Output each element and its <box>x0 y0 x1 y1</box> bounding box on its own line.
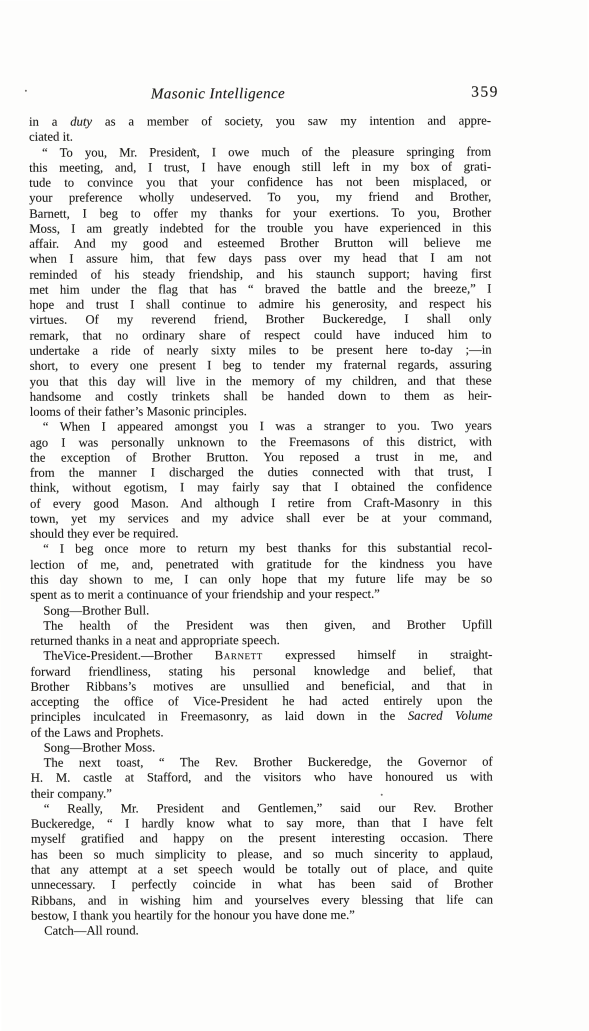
text-run: returned thanks in a neat and appropriat… <box>30 633 279 648</box>
text-run: “ To you, Mr. President, I owe much of t… <box>42 144 491 159</box>
text-run: Brother Ribbans’s motives are unsullied … <box>30 678 492 693</box>
text-line: Ribbans, and in wishing him and yourselv… <box>31 892 493 908</box>
text-line: bestow, I thank you heartily for the hon… <box>31 907 493 923</box>
text-line: reminded of his steady friendship, and h… <box>29 266 491 282</box>
text-run: The health of the President was then giv… <box>43 617 492 632</box>
text-line: you that this day will live in the memor… <box>30 373 492 389</box>
text-run: as a member of society, you saw my inten… <box>92 113 491 128</box>
text-run: remark, that no ordinary share of respec… <box>30 327 492 342</box>
scanned-book-page: Masonic Intelligence 359 in a duty as a … <box>0 0 589 1031</box>
text-run: accepting the office of Vice-President h… <box>30 694 492 709</box>
text-run: handsome and costly trinkets shall be ha… <box>30 388 492 403</box>
text-line: think, without egotism, I may fairly say… <box>30 480 492 496</box>
text-run: bestow, I thank you heartily for the hon… <box>31 908 355 923</box>
text-line: should they ever be required. <box>30 526 492 542</box>
text-run: think, without egotism, I may fairly say… <box>30 480 492 495</box>
text-line: town, yet my services and my advice shal… <box>30 510 492 526</box>
text-run: undertake a ride of nearly sixty miles t… <box>30 342 492 357</box>
text-line: the exception of Brother Brutton. You re… <box>30 449 492 465</box>
text-line: undertake a ride of nearly sixty miles t… <box>30 342 492 358</box>
text-run: affair. And my good and esteemed Brother… <box>29 236 491 251</box>
text-line: lection of me, and, penetrated with grat… <box>30 556 492 572</box>
text-line: accepting the office of Vice-President h… <box>30 694 492 710</box>
text-line: The health of the President was then giv… <box>30 617 492 633</box>
text-run: virtues. Of my reverend friend, Brother … <box>29 312 491 327</box>
text-run: their company.” <box>31 786 112 800</box>
text-run: Ribbans, and in wishing him and yourselv… <box>31 892 493 907</box>
text-run: this meeting, and, I trust, I have enoug… <box>29 159 491 174</box>
text-run: Song—Brother Bull. <box>43 603 149 617</box>
page-body-text: in a duty as a member of society, you sa… <box>29 113 493 939</box>
text-line: spent as to merit a continuance of your … <box>30 587 492 603</box>
text-line: myself gratified and happy on the presen… <box>31 831 493 847</box>
text-line: Moss, I am greatly indebted for the trou… <box>29 220 491 236</box>
text-line: virtues. Of my reverend friend, Brother … <box>29 312 491 328</box>
scan-artifact-layer <box>0 0 588 1</box>
text-run: H. M. castle at Stafford, and the visito… <box>31 770 493 785</box>
text-line: that any attempt at a set speech would b… <box>31 861 493 877</box>
text-line: unnecessary. I perfectly coincide in wha… <box>31 877 493 893</box>
text-run: ciated it. <box>29 130 73 144</box>
text-line: TheVice-President.—Brother Barnett expre… <box>30 648 492 664</box>
text-line: H. M. castle at Stafford, and the visito… <box>31 770 493 786</box>
text-run: has been so much simplicity to please, a… <box>31 846 493 861</box>
text-run: The next toast, “ The Rev. Brother Bucke… <box>44 755 493 770</box>
text-line: “ I beg once more to return my best than… <box>30 541 492 557</box>
text-line: their company.” <box>31 785 493 801</box>
text-line: from the manner I discharged the duties … <box>30 465 492 481</box>
text-run: “ Really, Mr. President and Gentlemen,” … <box>44 800 493 815</box>
page-number: 359 <box>471 83 499 101</box>
text-line: ciated it. <box>29 129 491 145</box>
text-line: affair. And my good and esteemed Brother… <box>29 236 491 252</box>
text-run: looms of their father’s Masonic principl… <box>30 404 247 419</box>
text-run: this day shown to me, I can only hope th… <box>30 571 492 586</box>
text-run: unnecessary. I perfectly coincide in wha… <box>31 877 493 892</box>
text-line: principles inculcated in Freemasonry, as… <box>31 709 493 725</box>
text-line: Barnett, I beg to offer my thanks for yo… <box>29 205 491 221</box>
text-line: Song—Brother Moss. <box>31 739 493 755</box>
text-run: reminded of his steady friendship, and h… <box>29 266 491 281</box>
text-run: of every good Mason. And although I reti… <box>30 495 492 510</box>
text-run: ago I was personally unknown to the Free… <box>30 434 492 449</box>
text-run: in a <box>29 115 70 129</box>
text-line: “ To you, Mr. President, I owe much of t… <box>29 144 491 160</box>
text-line: your preference wholly undeserved. To yo… <box>29 190 491 206</box>
text-run: from the manner I discharged the duties … <box>30 465 492 480</box>
text-line: ago I was personally unknown to the Free… <box>30 434 492 450</box>
text-run: met him under the flag that has “ braved… <box>29 281 491 296</box>
text-run: principles inculcated in Freemasonry, as… <box>31 709 408 724</box>
text-line: tude to convince you that your confidenc… <box>29 175 491 191</box>
text-run: forward friendliness, stating his person… <box>30 663 492 678</box>
text-run: short, to every one present I beg to ten… <box>30 358 492 373</box>
text-run: hope and trust I shall continue to admir… <box>29 297 491 312</box>
text-run: TheVice-President.—Brother <box>43 649 214 663</box>
text-run: town, yet my services and my advice shal… <box>30 510 492 525</box>
text-line: “ When I appeared amongst you I was a st… <box>30 419 492 435</box>
text-run: your preference wholly undeserved. To yo… <box>29 190 491 205</box>
text-line: Catch—All round. <box>31 923 493 939</box>
italic-text-run: duty <box>70 115 92 129</box>
text-run: should they ever be required. <box>30 526 178 540</box>
text-line: short, to every one present I beg to ten… <box>30 358 492 374</box>
text-run: of the Laws and Prophets. <box>31 725 164 739</box>
text-line: handsome and costly trinkets shall be ha… <box>30 388 492 404</box>
text-run: Buckeredge, “ I hardly know what to say … <box>31 816 493 831</box>
text-line: Song—Brother Bull. <box>30 602 492 618</box>
scan-speck <box>192 148 194 150</box>
text-run: tude to convince you that your confidenc… <box>29 175 491 190</box>
text-line: met him under the flag that has “ braved… <box>29 281 491 297</box>
text-run: Song—Brother Moss. <box>44 740 156 754</box>
text-run: Catch—All round. <box>44 923 139 937</box>
text-line: Buckeredge, “ I hardly know what to say … <box>31 816 493 832</box>
scan-speck <box>25 90 27 92</box>
text-line: remark, that no ordinary share of respec… <box>30 327 492 343</box>
text-line: this meeting, and, I trust, I have enoug… <box>29 159 491 175</box>
text-line: of the Laws and Prophets. <box>31 724 493 740</box>
text-run: myself gratified and happy on the presen… <box>31 831 493 846</box>
text-line: of every good Mason. And although I reti… <box>30 495 492 511</box>
smallcaps-text-run: Barnett <box>215 648 263 662</box>
text-line: The next toast, “ The Rev. Brother Bucke… <box>31 755 493 771</box>
running-header: Masonic Intelligence 359 <box>29 85 499 104</box>
text-line: has been so much simplicity to please, a… <box>31 846 493 862</box>
text-line: “ Really, Mr. President and Gentlemen,” … <box>31 800 493 816</box>
text-run: the exception of Brother Brutton. You re… <box>30 449 492 464</box>
text-line: hope and trust I shall continue to admir… <box>29 297 491 313</box>
text-line: returned thanks in a neat and appropriat… <box>30 633 492 649</box>
running-head-title: Masonic Intelligence <box>151 86 285 103</box>
text-line: forward friendliness, stating his person… <box>30 663 492 679</box>
text-run: spent as to merit a continuance of your … <box>30 587 380 602</box>
text-run: when I assure him, that few days pass ov… <box>29 251 491 266</box>
text-run: that any attempt at a set speech would b… <box>31 861 493 876</box>
text-run: “ I beg once more to return my best than… <box>43 541 492 556</box>
text-line: when I assure him, that few days pass ov… <box>29 251 491 267</box>
text-line: this day shown to me, I can only hope th… <box>30 571 492 587</box>
text-line: Brother Ribbans’s motives are unsullied … <box>30 678 492 694</box>
text-run: Barnett, I beg to offer my thanks for yo… <box>29 205 491 220</box>
text-run: Moss, I am greatly indebted for the trou… <box>29 220 491 235</box>
text-line: in a duty as a member of society, you sa… <box>29 113 491 129</box>
scan-speck <box>381 794 383 796</box>
text-run: you that this day will live in the memor… <box>30 373 492 388</box>
text-run: “ When I appeared amongst you I was a st… <box>43 419 492 434</box>
text-run: expressed himself in straight- <box>263 648 493 663</box>
italic-text-run: Sacred Volume <box>408 709 493 723</box>
text-run: lection of me, and, penetrated with grat… <box>30 556 492 571</box>
text-line: looms of their father’s Masonic principl… <box>30 404 492 420</box>
